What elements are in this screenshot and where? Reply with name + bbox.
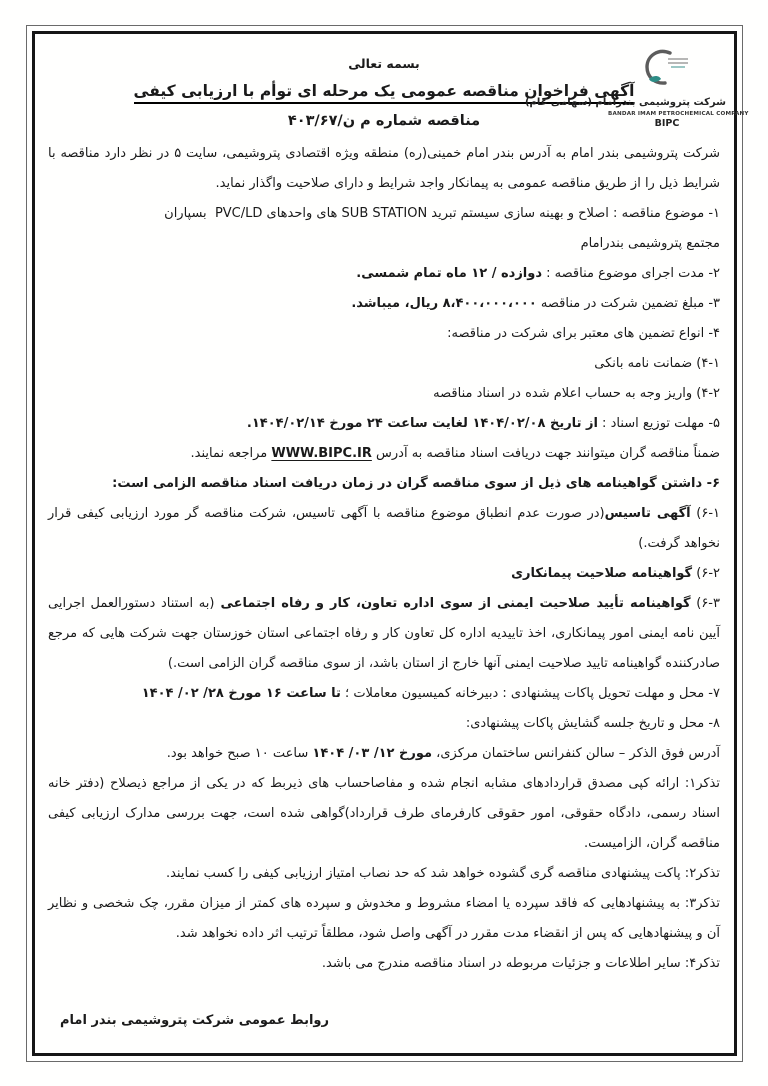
opening-session-address-text: مورخ ۱۲/ ۰۳/ ۱۴۰۴ xyxy=(312,746,432,761)
item-4-2-cash-deposit-text: ۴-۲) واریز وجه به حساب اعلام شده در اسنا… xyxy=(433,386,720,401)
item-3-guarantee-amount: ۳- مبلغ تضمین شرکت در مناقصه ۸،۴۰۰،۰۰۰،۰… xyxy=(48,289,720,319)
item-2-duration-text: ۲- مدت اجرای موضوع مناقصه : xyxy=(542,266,720,281)
note-3-text: تذکر۳: به پیشنهادهایی که فاقد سپرده یا ا… xyxy=(44,896,720,941)
item-4-1-bank-guarantee-text: ۴-۱) ضمانت نامه بانکی xyxy=(594,356,720,371)
item-4-guarantee-types: ۴- انواع تضمین های معتبر برای شرکت در من… xyxy=(48,319,720,349)
item-1-subject-continued-text: مجتمع پتروشیمی بندرامام xyxy=(581,236,720,251)
document-body: شرکت پتروشیمی بندر امام به آدرس بندر اما… xyxy=(48,139,720,979)
logo-swoosh-icon xyxy=(638,46,696,92)
item-3-guarantee-amount-text: ۳- مبلغ تضمین شرکت در مناقصه xyxy=(537,296,720,311)
opening-session-address-text: ساعت ۱۰ صبح خواهد بود. xyxy=(167,746,313,761)
item-4-1-bank-guarantee: ۴-۱) ضمانت نامه بانکی xyxy=(48,349,720,379)
item-6-2-contractor-qualification: ۶-۲) گواهینامه صلاحیت پیمانکاری xyxy=(48,559,720,589)
item-6-required-certificates: ۶- داشتن گواهینامه های ذیل از سوی مناقصه… xyxy=(48,469,720,499)
website-note: ضمناً مناقصه گران میتوانند جهت دریافت اس… xyxy=(48,439,720,469)
intro: شرکت پتروشیمی بندر امام به آدرس بندر اما… xyxy=(48,139,720,199)
note-2-text: تذکر۲: پاکت پیشنهادی مناقصه گری گشوده خو… xyxy=(166,866,720,881)
document-content: شرکت پتروشیمی بندرامام (سهامی عام) BANDA… xyxy=(40,38,728,1048)
item-1-subject: ۱- موضوع مناقصه : اصلاح و بهینه سازی سیس… xyxy=(48,199,720,229)
note-4: تذکر۴: سایر اطلاعات و جزئیات مربوطه در ا… xyxy=(48,949,720,979)
item-6-3-safety-certificate-text: ۶-۳) xyxy=(691,596,720,611)
note-1-text: تذکر۱: ارائه کپی مصدق قراردادهای مشابه ا… xyxy=(44,776,720,851)
item-3-guarantee-amount-text: ۸،۴۰۰،۰۰۰،۰۰۰ ریال، میباشد. xyxy=(351,296,536,311)
note-4-text: تذکر۴: سایر اطلاعات و جزئیات مربوطه در ا… xyxy=(322,956,720,971)
note-2: تذکر۲: پاکت پیشنهادی مناقصه گری گشوده خو… xyxy=(48,859,720,889)
opening-session-address: آدرس فوق الذکر – سالن کنفرانس ساختمان مر… xyxy=(48,739,720,769)
website-note-text: ضمناً مناقصه گران میتوانند جهت دریافت اس… xyxy=(372,446,720,461)
item-6-1-establishment-notice-text: ۶-۱) xyxy=(691,506,720,521)
item-4-2-cash-deposit: ۴-۲) واریز وجه به حساب اعلام شده در اسنا… xyxy=(48,379,720,409)
item-6-3-safety-certificate: ۶-۳) گواهینامه تأیید صلاحیت ایمنی از سوی… xyxy=(48,589,720,679)
bipc-website-link[interactable]: WWW.BIPC.IR xyxy=(271,446,372,461)
signature-public-relations: روابط عمومی شرکت پتروشیمی بندر امام xyxy=(48,1006,720,1036)
item-8-opening-session: ۸- محل و تاریخ جلسه گشایش پاکات پیشنهادی… xyxy=(48,709,720,739)
item-6-1-establishment-notice: ۶-۱) آگهی تاسیس(در صورت عدم انطباق موضوع… xyxy=(48,499,720,559)
item-1-subject-continued: مجتمع پتروشیمی بندرامام xyxy=(48,229,720,259)
note-3: تذکر۳: به پیشنهادهایی که فاقد سپرده یا ا… xyxy=(48,889,720,949)
note-1: تذکر۱: ارائه کپی مصدق قراردادهای مشابه ا… xyxy=(48,769,720,859)
item-6-3-safety-certificate-text: گواهینامه تأیید صلاحیت ایمنی از سوی ادار… xyxy=(214,596,690,611)
item-8-opening-session-text: ۸- محل و تاریخ جلسه گشایش پاکات پیشنهادی… xyxy=(466,716,720,731)
item-6-2-contractor-qualification-text: ۶-۲) xyxy=(692,566,720,581)
item-7-submission-deadline-text: تا ساعت ۱۶ مورخ ۲۸/ ۰۲/ ۱۴۰۴ xyxy=(142,686,341,701)
tender-document-page: شرکت پتروشیمی بندرامام (سهامی عام) BANDA… xyxy=(0,0,768,1086)
opening-session-address-text: آدرس فوق الذکر – سالن کنفرانس ساختمان مر… xyxy=(432,746,720,761)
item-1-subject-text: ۱- موضوع مناقصه : اصلاح و بهینه سازی سیس… xyxy=(164,206,720,221)
item-7-submission-deadline-text: ۷- محل و مهلت تحویل پاکات پیشنهادی : دبی… xyxy=(341,686,720,701)
item-5-document-distribution-text: ۵- مهلت توزیع اسناد : xyxy=(598,416,720,431)
item-6-required-certificates-text: ۶- داشتن گواهینامه های ذیل از سوی مناقصه… xyxy=(112,476,720,491)
item-2-duration-text: دوازده / ۱۲ ماه تمام شمسی. xyxy=(356,266,542,281)
website-note-text: مراجعه نمایند. xyxy=(190,446,271,461)
item-6-1-establishment-notice-text: آگهی تاسیس xyxy=(605,506,691,521)
logo-abbreviation: BIPC xyxy=(608,118,726,129)
item-4-guarantee-types-text: ۴- انواع تضمین های معتبر برای شرکت در من… xyxy=(447,326,720,341)
item-5-document-distribution: ۵- مهلت توزیع اسناد : از تاریخ ۱۴۰۴/۰۲/۰… xyxy=(48,409,720,439)
item-5-document-distribution-text: از تاریخ ۱۴۰۴/۰۲/۰۸ لغایت ساعت ۲۴ مورخ ۱… xyxy=(247,416,598,431)
logo-company-name-en: BANDAR IMAM PETROCHEMICAL COMPANY xyxy=(608,111,726,117)
company-logo: شرکت پتروشیمی بندرامام (سهامی عام) BANDA… xyxy=(608,46,726,129)
logo-company-name-fa: شرکت پتروشیمی بندرامام (سهامی عام) xyxy=(608,97,726,108)
item-7-submission-deadline: ۷- محل و مهلت تحویل پاکات پیشنهادی : دبی… xyxy=(48,679,720,709)
item-6-2-contractor-qualification-text: گواهینامه صلاحیت پیمانکاری xyxy=(511,566,692,581)
intro-text: شرکت پتروشیمی بندر امام به آدرس بندر اما… xyxy=(44,146,720,191)
item-2-duration: ۲- مدت اجرای موضوع مناقصه : دوازده / ۱۲ … xyxy=(48,259,720,289)
